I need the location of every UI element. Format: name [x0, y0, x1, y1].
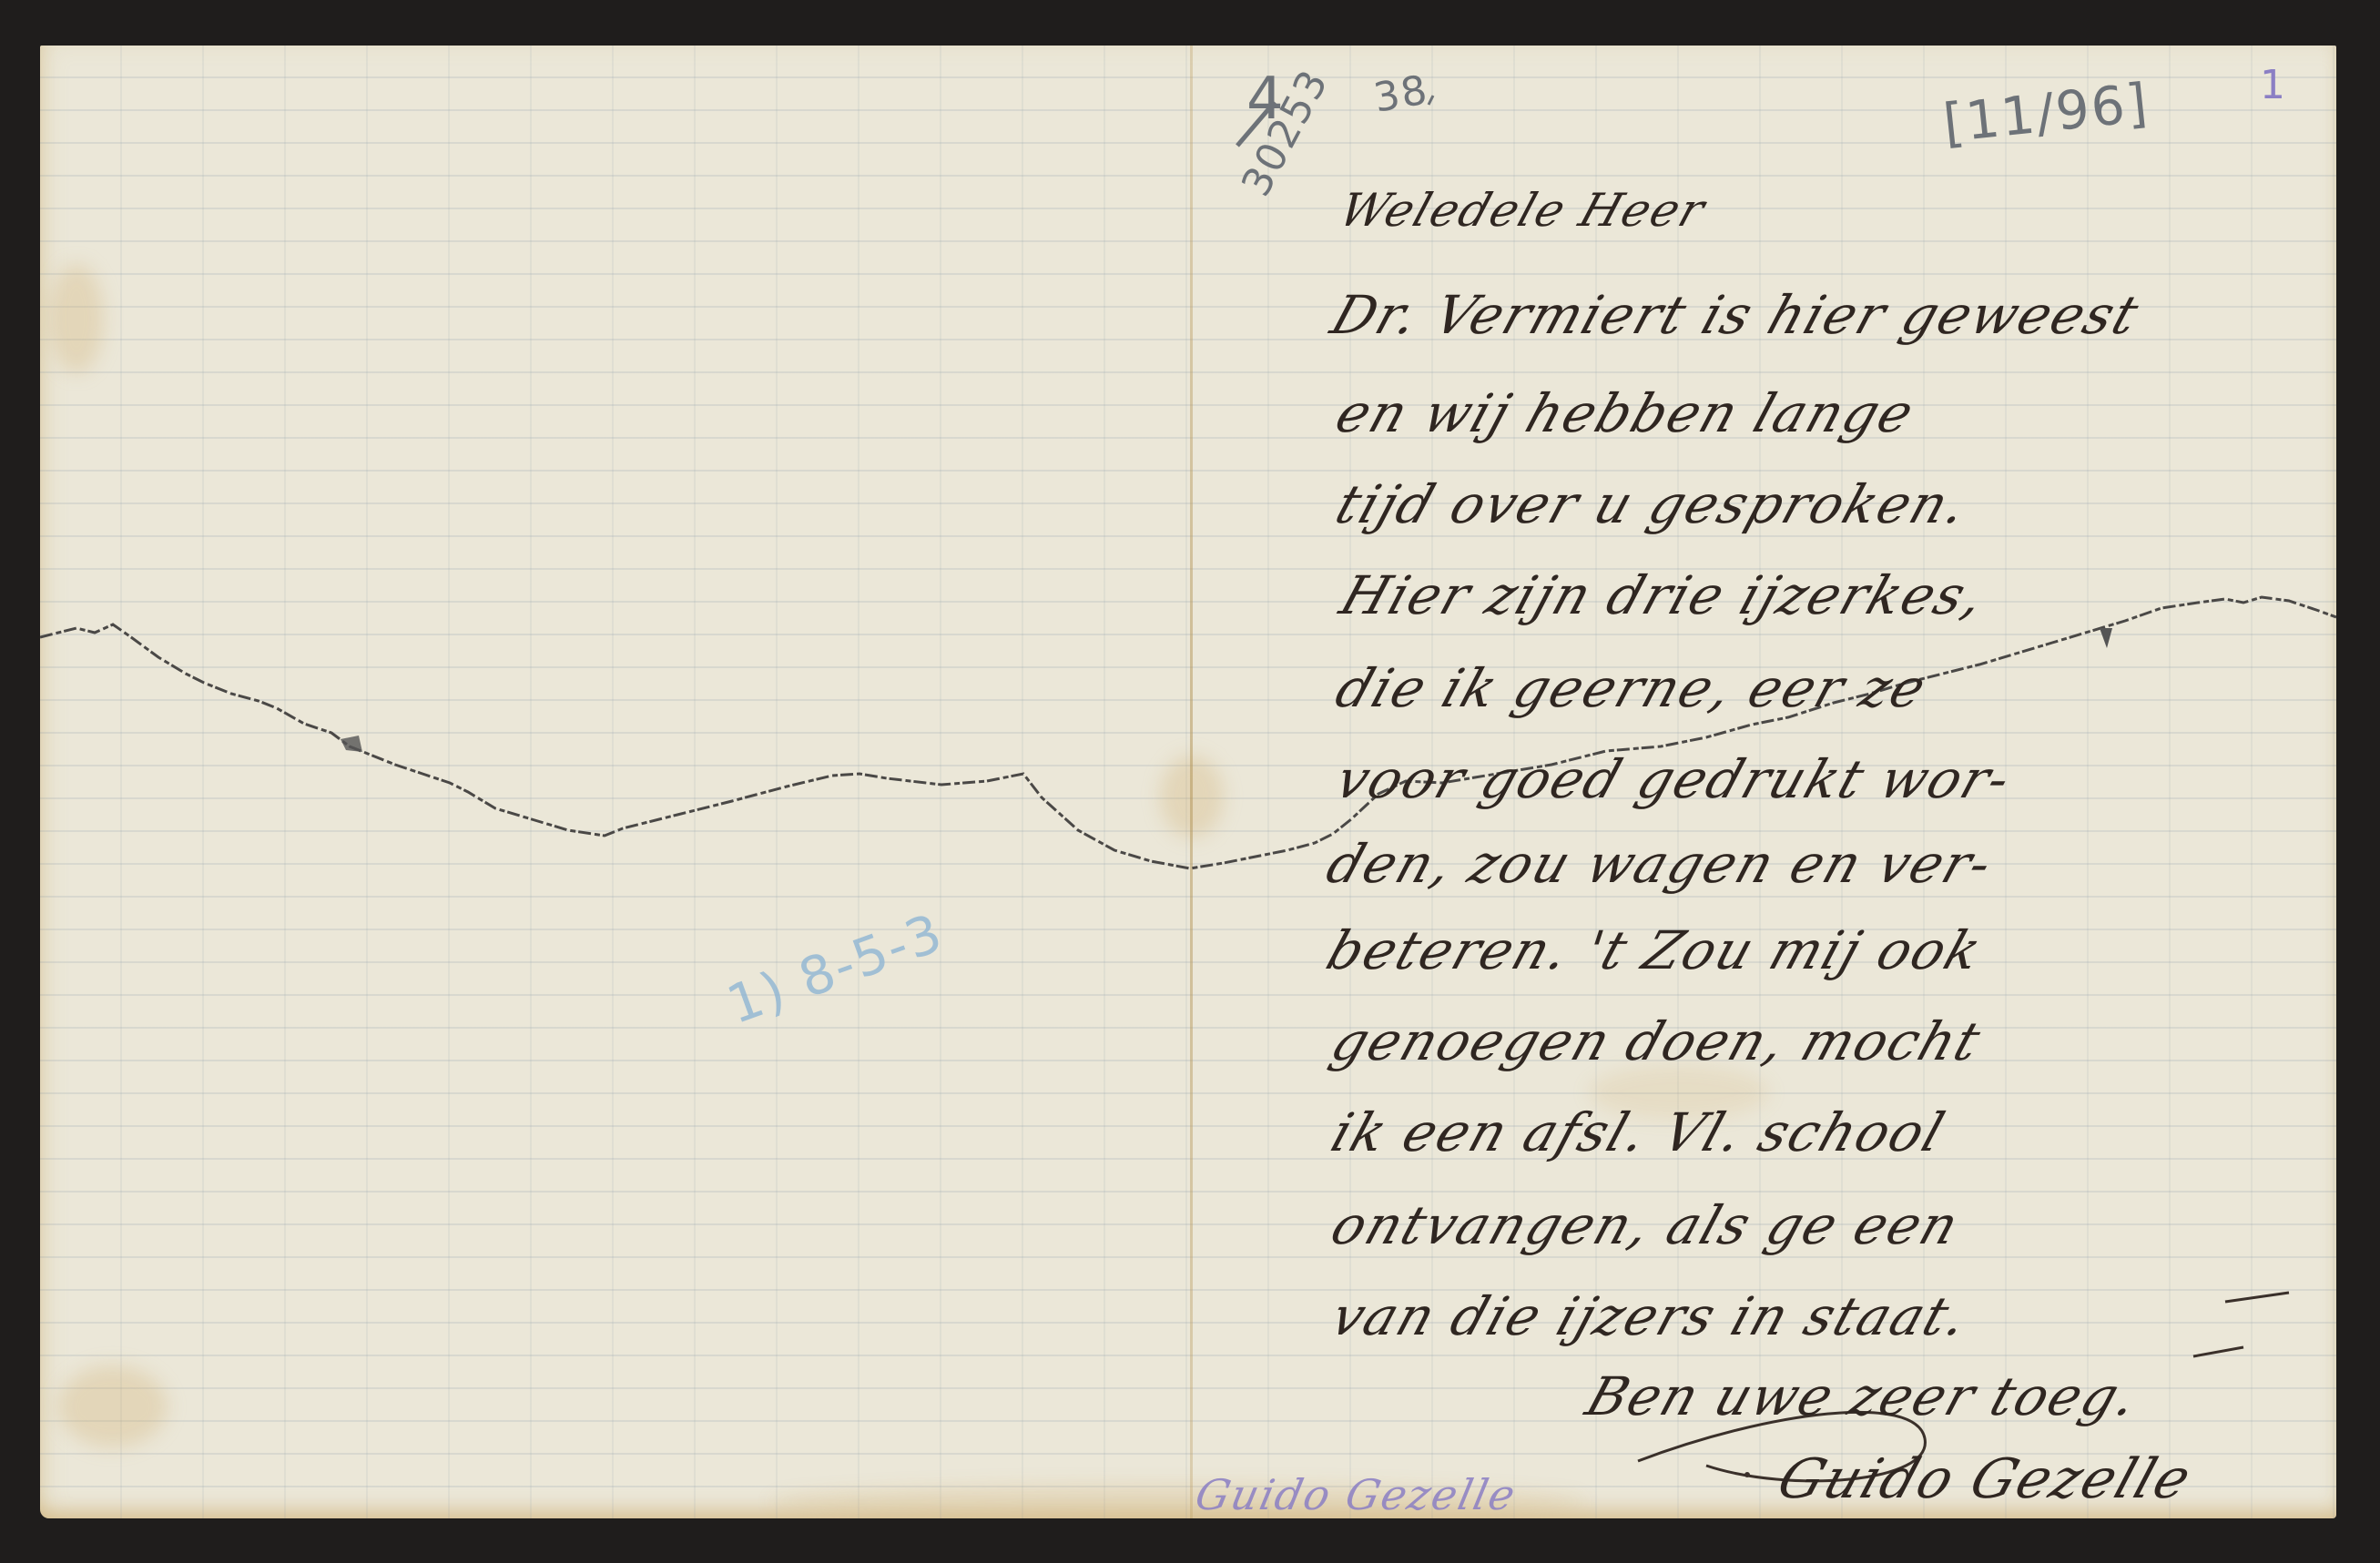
letter-line: den, zou wagen en ver- — [1319, 833, 2001, 895]
letter-line: ik een afsl. Vl. school — [1324, 1101, 1953, 1163]
letter-line: genoegen doen, mocht — [1324, 1010, 1989, 1072]
signature: Guido Gezelle — [1770, 1447, 2201, 1511]
letter-line: van die ijzers in staat. — [1324, 1285, 1977, 1347]
letter-line: ontvangen, als ge een — [1324, 1194, 1968, 1256]
page-number: 1 — [2260, 62, 2287, 108]
item-number: 38 — [1370, 66, 1432, 122]
letter-line: die ik geerne, eer ze — [1328, 657, 1935, 719]
violet-name-note: Guido Gezelle — [1191, 1470, 1521, 1518]
letter-line: Hier zijn drie ijzerkes, — [1333, 564, 1994, 626]
letter-line: beteren. 't Zou mij ook — [1319, 919, 1990, 981]
letter-line: voor goed gedrukt wor- — [1328, 748, 2019, 810]
salutation: Weledele Heer — [1333, 184, 1713, 237]
letter-line: en wij hebben lange — [1328, 382, 1923, 444]
letter-line: Dr. Vermiert is hier geweest — [1324, 284, 2148, 346]
letter-paper: 4 38 30253 [11/96] 1 1) 8-5-3 Weledele H… — [40, 46, 2336, 1518]
letter-line: tijd over u gesproken. — [1328, 473, 1977, 535]
closing: Ben uwe zeer toeg. — [1579, 1365, 2147, 1427]
